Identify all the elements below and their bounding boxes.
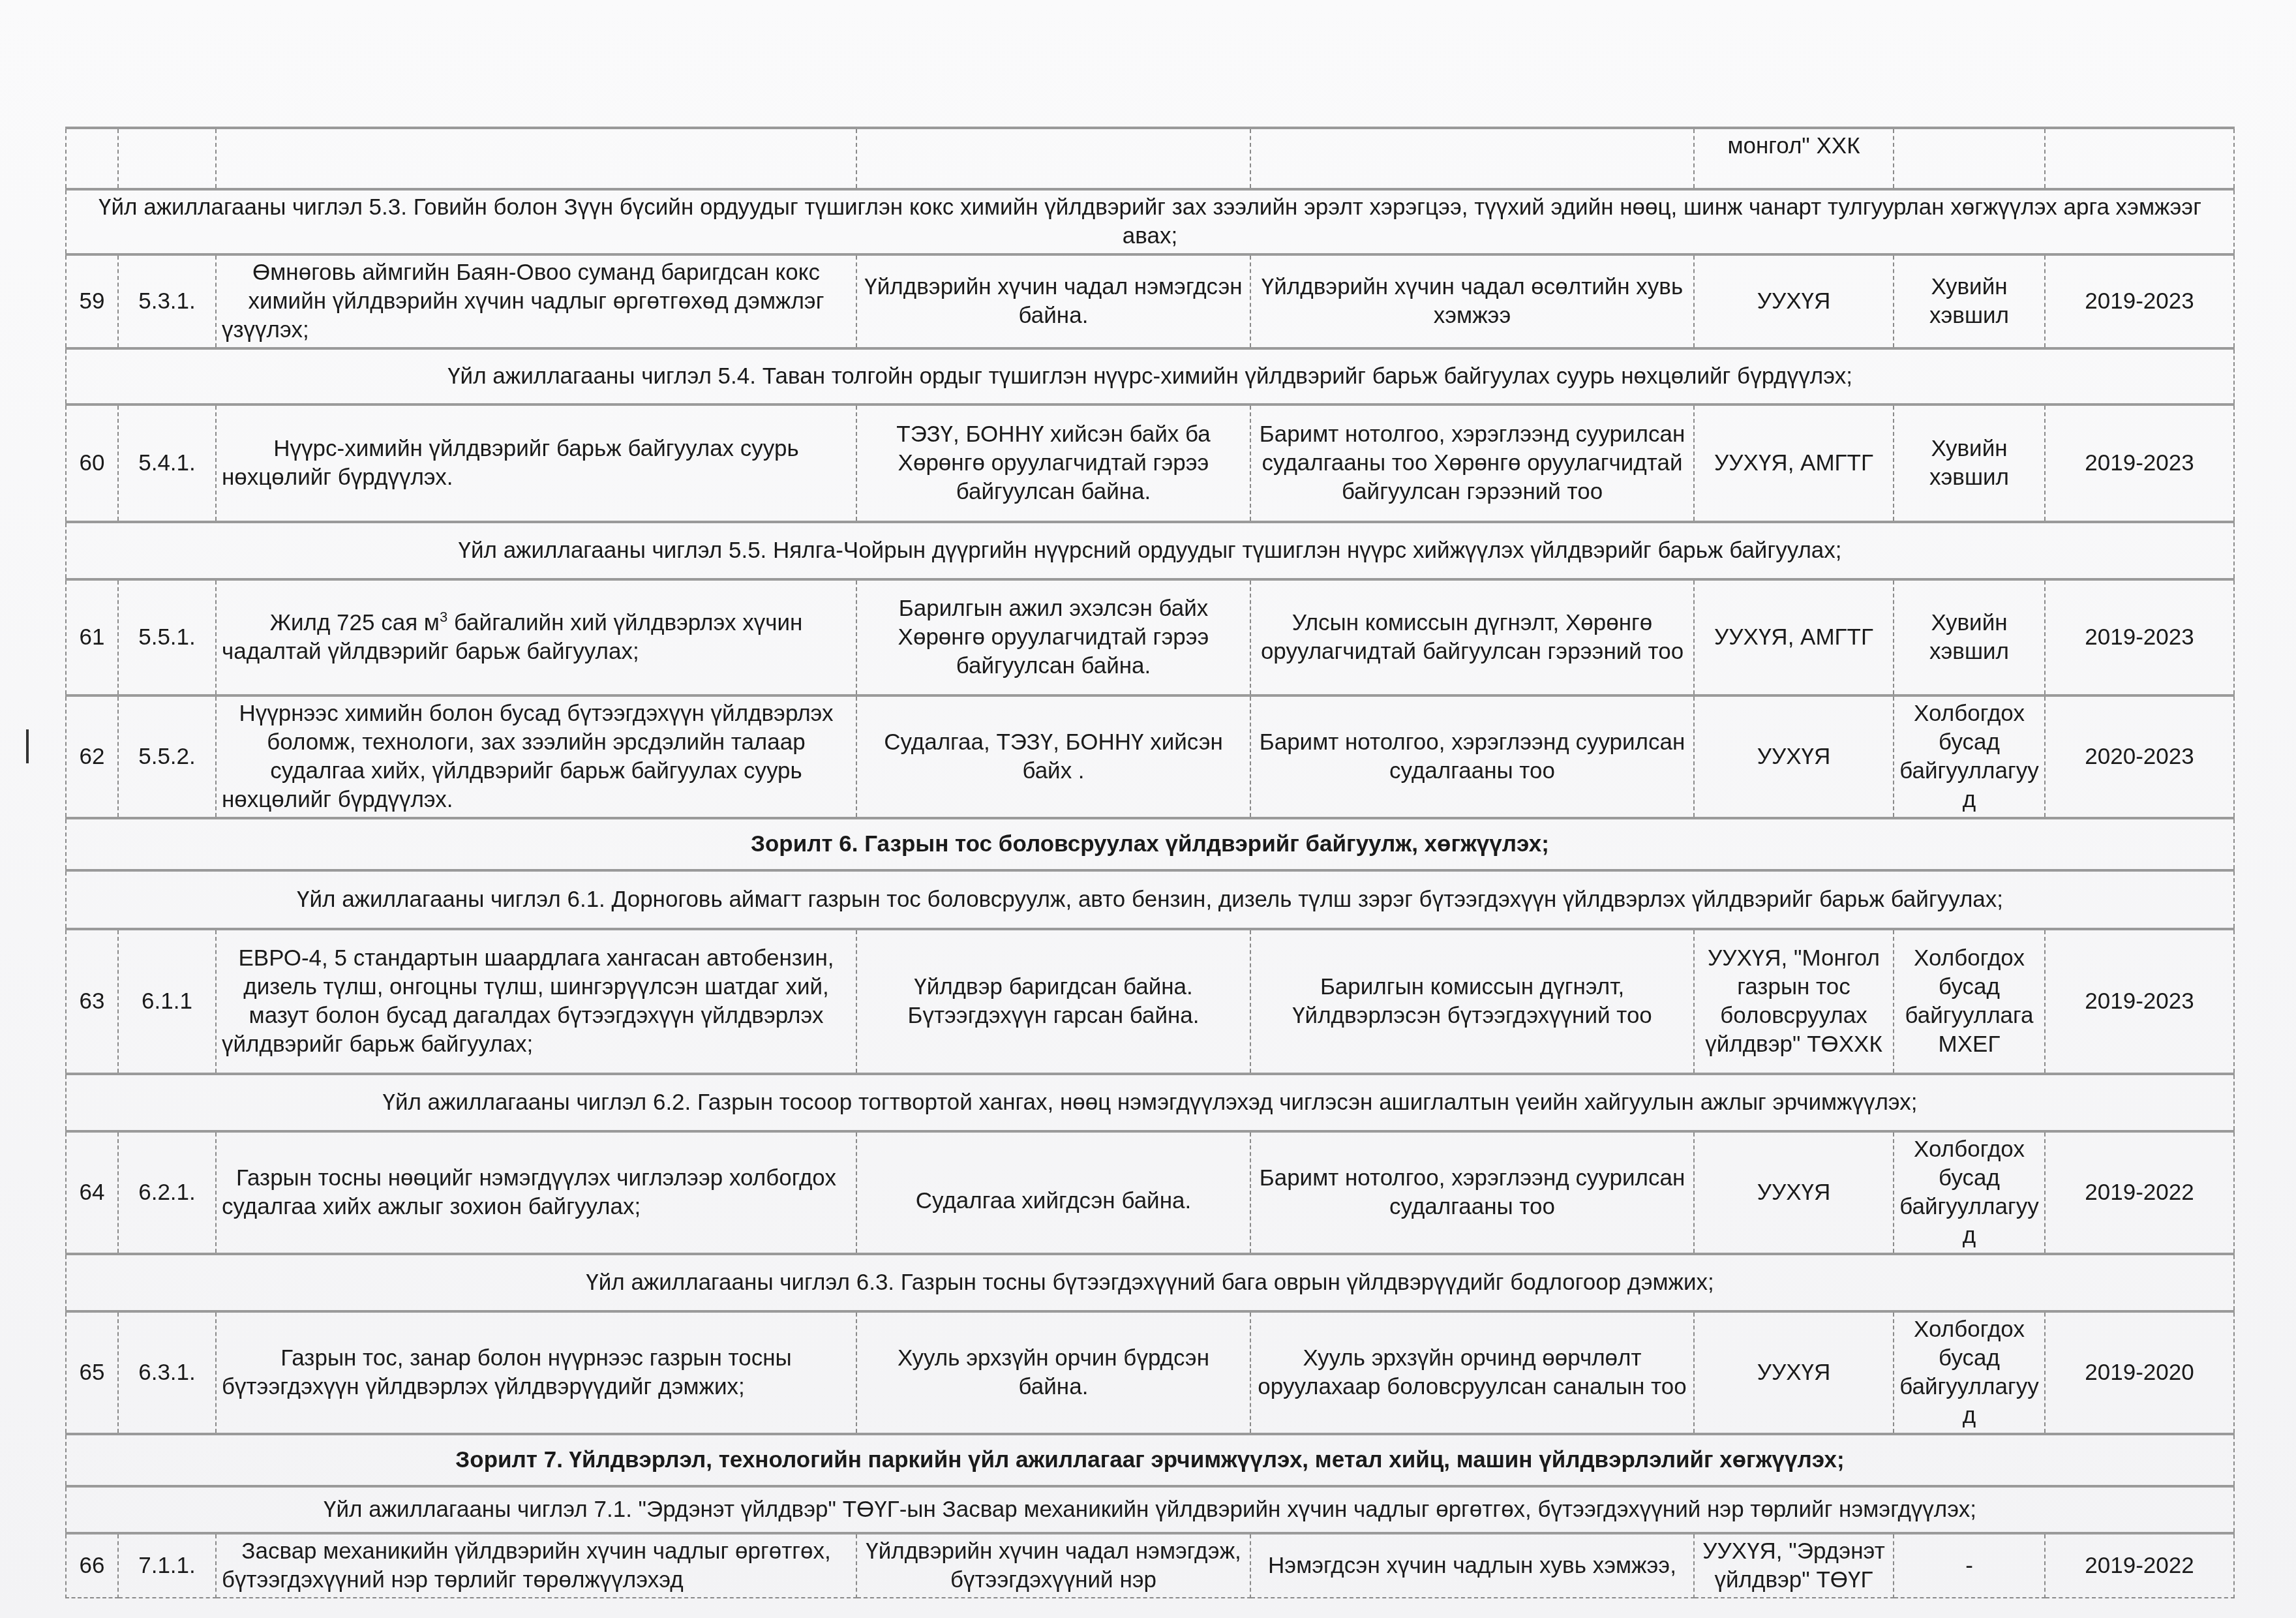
activity-code: 7.1.1. [118,1533,216,1598]
superscript: 3 [440,609,447,625]
indicator: Барилгын комиссын дүгнэлт, Үйлдвэрлэсэн … [1250,929,1694,1074]
section-row: Үйл ажиллагааны чиглэл 6.2. Газрын тосоо… [66,1074,2234,1131]
responsible-org: УУХҮЯ, АМГТГ [1694,404,1894,522]
goal-row: Зорилт 6. Газрын тос боловсруулах үйлдвэ… [66,818,2234,870]
expected-result: Үйлдвэр баригдсан байна. Бүтээгдэхүүн га… [856,929,1250,1074]
expected-result: Үйлдвэрийн хүчин чадал нэмэгдсэн байна. [856,254,1250,348]
cell-num [66,128,118,189]
activity-text-pre: Жилд 725 сая м [270,610,440,635]
section-heading: Үйл ажиллагааны чиглэл 6.3. Газрын тосны… [66,1254,2234,1311]
goal-heading: Зорилт 7. Үйлдвэрлэл, технологийн паркий… [66,1434,2234,1486]
responsible-org: УУХҮЯ, "Монгол газрын тос боловсруулах ү… [1694,929,1894,1074]
activity-code: 5.4.1. [118,404,216,522]
cell-code [118,128,216,189]
activity-code: 6.1.1 [118,929,216,1074]
activity-text: Газрын тосны нөөцийг нэмэгдүүлэх чиглэлэ… [216,1131,856,1254]
activity-text: Засвар механикийн үйлдвэрийн хүчин чадлы… [216,1533,856,1598]
cell-period [2045,128,2234,189]
goal-heading: Зорилт 6. Газрын тос боловсруулах үйлдвэ… [66,818,2234,870]
table-row: 66 7.1.1. Засвар механикийн үйлдвэрийн х… [66,1533,2234,1598]
section-row: Үйл ажиллагааны чиглэл 5.4. Таван толгой… [66,348,2234,404]
activity-text: ЕВРО-4, 5 стандартын шаардлага хангасан … [216,929,856,1074]
section-heading: Үйл ажиллагааны чиглэл 5.3. Говийн болон… [66,189,2234,254]
table-row: 63 6.1.1 ЕВРО-4, 5 стандартын шаардлага … [66,929,2234,1074]
row-number: 62 [66,695,118,818]
expected-result: Судалгаа хийгдсэн байна. [856,1131,1250,1254]
indicator: Хууль эрхзүйн орчинд өөрчлөлт оруулахаар… [1250,1311,1694,1434]
table-row: 64 6.2.1. Газрын тосны нөөцийг нэмэгдүүл… [66,1131,2234,1254]
table-row: 61 5.5.1. Жилд 725 сая м3 байгалийн хий … [66,579,2234,695]
time-period: 2019-2022 [2045,1131,2234,1254]
expected-result: Барилгын ажил эхэлсэн байх Хөрөнгө оруул… [856,579,1250,695]
section-row: Үйл ажиллагааны чиглэл 6.3. Газрын тосны… [66,1254,2234,1311]
section-heading: Үйл ажиллагааны чиглэл 6.2. Газрын тосоо… [66,1074,2234,1131]
activity-text: Нүүрс-химийн үйлдвэрийг барьж байгуулах … [216,404,856,522]
activity-text: Жилд 725 сая м3 байгалийн хий үйлдвэрлэх… [216,579,856,695]
funding-source: Холбогдох бусад байгууллагуу д [1894,695,2045,818]
table-row: 62 5.5.2. Нүүрнээс химийн болон бусад бү… [66,695,2234,818]
cell-funding [1894,128,2045,189]
expected-result: Үйлдвэрийн хүчин чадал нэмэгдэж, бүтээгд… [856,1533,1250,1598]
funding-source: Хувийн хэвшил [1894,404,2045,522]
activity-text: Нүүрнээс химийн болон бусад бүтээгдэхүүн… [216,695,856,818]
cell-responsible: монгол" ХХК [1694,128,1894,189]
section-heading: Үйл ажиллагааны чиглэл 5.5. Нялга-Чойрын… [66,522,2234,579]
activity-code: 6.2.1. [118,1131,216,1254]
section-heading: Үйл ажиллагааны чиглэл 6.1. Дорноговь ай… [66,870,2234,929]
activity-code: 5.5.1. [118,579,216,695]
responsible-org: УУХҮЯ [1694,254,1894,348]
time-period: 2019-2023 [2045,929,2234,1074]
funding-source: Хувийн хэвшил [1894,254,2045,348]
indicator: Баримт нотолгоо, хэрэглээнд суурилсан су… [1250,1131,1694,1254]
activity-text: Өмнөговь аймгийн Баян-Овоо суманд баригд… [216,254,856,348]
table-row: 60 5.4.1. Нүүрс-химийн үйлдвэрийг барьж … [66,404,2234,522]
time-period: 2019-2020 [2045,1311,2234,1434]
funding-source: - [1894,1533,2045,1598]
row-number: 59 [66,254,118,348]
section-row: Үйл ажиллагааны чиглэл 5.5. Нялга-Чойрын… [66,522,2234,579]
time-period: 2019-2023 [2045,404,2234,522]
row-number: 64 [66,1131,118,1254]
expected-result: ТЭЗҮ, БОННҮ хийсэн байх ба Хөрөнгө оруул… [856,404,1250,522]
row-number: 65 [66,1311,118,1434]
indicator: Улсын комиссын дүгнэлт, Хөрөнгө оруулагч… [1250,579,1694,695]
table-row: 59 5.3.1. Өмнөговь аймгийн Баян-Овоо сум… [66,254,2234,348]
indicator: Үйлдвэрийн хүчин чадал өсөлтийн хувь хэм… [1250,254,1694,348]
expected-result: Хууль эрхзүйн орчин бүрдсэн байна. [856,1311,1250,1434]
time-period: 2019-2023 [2045,579,2234,695]
row-number: 60 [66,404,118,522]
margin-mark [26,729,29,763]
responsible-org: УУХҮЯ [1694,1311,1894,1434]
section-heading: Үйл ажиллагааны чиглэл 5.4. Таван толгой… [66,348,2234,404]
responsible-org: УУХҮЯ, "Эрдэнэт үйлдвэр" ТӨҮГ [1694,1533,1894,1598]
section-row: Үйл ажиллагааны чиглэл 5.3. Говийн болон… [66,189,2234,254]
indicator: Нэмэгдсэн хүчин чадлын хувь хэмжээ, [1250,1533,1694,1598]
goal-row: Зорилт 7. Үйлдвэрлэл, технологийн паркий… [66,1434,2234,1486]
row-number: 63 [66,929,118,1074]
time-period: 2020-2023 [2045,695,2234,818]
time-period: 2019-2023 [2045,254,2234,348]
section-row: Үйл ажиллагааны чиглэл 7.1. "Эрдэнэт үйл… [66,1486,2234,1533]
responsible-org: УУХҮЯ [1694,1131,1894,1254]
responsible-org: УУХҮЯ, АМГТГ [1694,579,1894,695]
activity-code: 5.3.1. [118,254,216,348]
indicator: Баримт нотолгоо, хэрэглээнд суурилсан су… [1250,695,1694,818]
funding-source: Хувийн хэвшил [1894,579,2045,695]
funding-source: Холбогдох бусад байгууллагуу д [1894,1311,2045,1434]
row-number: 66 [66,1533,118,1598]
responsible-org: УУХҮЯ [1694,695,1894,818]
continuation-row: монгол" ХХК [66,128,2234,189]
cell-activity [216,128,856,189]
table-row: 65 6.3.1. Газрын тос, занар болон нүүрнэ… [66,1311,2234,1434]
cell-indicator [1250,128,1694,189]
funding-source: Холбогдох бусад байгууллага МХЕГ [1894,929,2045,1074]
cell-result [856,128,1250,189]
row-number: 61 [66,579,118,695]
action-plan-table: монгол" ХХК Үйл ажиллагааны чиглэл 5.3. … [65,127,2235,1598]
activity-code: 6.3.1. [118,1311,216,1434]
section-heading: Үйл ажиллагааны чиглэл 7.1. "Эрдэнэт үйл… [66,1486,2234,1533]
time-period: 2019-2022 [2045,1533,2234,1598]
expected-result: Судалгаа, ТЭЗҮ, БОННҮ хийсэн байх . [856,695,1250,818]
activity-code: 5.5.2. [118,695,216,818]
section-row: Үйл ажиллагааны чиглэл 6.1. Дорноговь ай… [66,870,2234,929]
funding-source: Холбогдох бусад байгууллагуу д [1894,1131,2045,1254]
indicator: Баримт нотолгоо, хэрэглээнд суурилсан су… [1250,404,1694,522]
activity-text: Газрын тос, занар болон нүүрнээс газрын … [216,1311,856,1434]
